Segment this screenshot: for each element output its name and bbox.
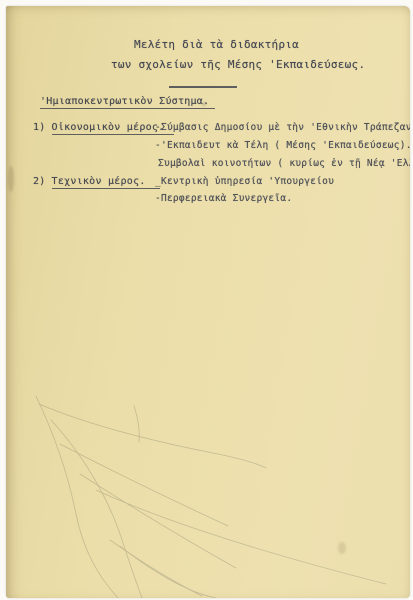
list-item-1: 1)Οἰκονομικὸν μέρος. xyxy=(33,122,174,133)
document-title-line1: Μελέτη διὰ τὰ διδακτήρια xyxy=(134,38,299,51)
item-2-number: 2) xyxy=(33,176,52,187)
item-2-label: Τεχνικὸν μέρος. xyxy=(52,176,160,189)
item-1-number: 1) xyxy=(33,122,52,133)
paper-speck xyxy=(202,102,206,106)
pencil-sketch xyxy=(6,6,410,598)
item-1-detail-1: -Σύμβασις Δημοσίου μὲ τὴν 'Εθνικὴν Τράπε… xyxy=(155,122,410,133)
item-1-detail-2: -'Εκπαιδευτ κὰ Τέλη ( Μέσης 'Εκπαιδεύσεω… xyxy=(155,140,410,151)
list-item-2: 2)Τεχνικὸν μέρος. xyxy=(33,176,160,187)
section-heading: 'Ημιαποκεντρωτικὸν Σύστημα. xyxy=(40,96,215,107)
section-heading-text: 'Ημιαποκεντρωτικὸν Σύστημα. xyxy=(40,96,215,109)
item-1-detail-3: Συμβολαὶ κοινοτήτων ( κυρίως ἐν τῇ Νέᾳ '… xyxy=(158,158,410,169)
paper-edge-mark xyxy=(8,166,14,192)
document-title-line2: των σχολείων τῆς Μέσης 'Εκπαιδεύσεως. xyxy=(111,58,365,71)
title-underline xyxy=(169,86,237,88)
paper-sheet: Μελέτη διὰ τὰ διδακτήρια των σχολείων τῆ… xyxy=(6,6,410,598)
item-2-detail-2: -Περφερειακὰ Συνεργεῖα. xyxy=(155,193,292,204)
scanned-document-page: Μελέτη διὰ τὰ διδακτήρια των σχολείων τῆ… xyxy=(0,0,413,600)
item-2-detail-1: _Κεντρικὴ ὑπηρεσία 'Υπουργείου xyxy=(155,176,334,187)
paper-smudge xyxy=(338,542,346,554)
